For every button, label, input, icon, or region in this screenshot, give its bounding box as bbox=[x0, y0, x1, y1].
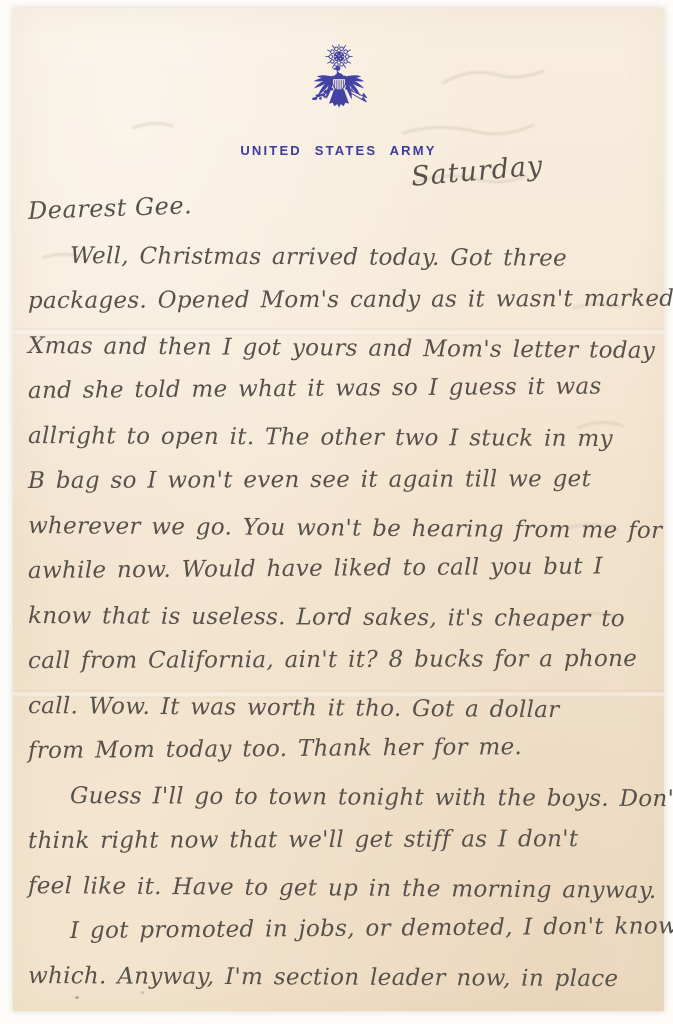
scanned-letter: UNITED STATES ARMY Saturday Dearest Gee.… bbox=[0, 0, 673, 1024]
letter-line: packages. Opened Mom's candy as it wasn'… bbox=[28, 277, 658, 324]
paper-speck bbox=[75, 996, 79, 999]
letter-line: B bag so I won't even see it again till … bbox=[28, 457, 658, 504]
letter-line: Well, Christmas arrived today. Got three bbox=[70, 234, 658, 282]
letter-line: allright to open it. The other two I stu… bbox=[28, 414, 658, 462]
letter-line: I got promoted in jobs, or demoted, I do… bbox=[70, 904, 658, 954]
tail-feathers bbox=[329, 89, 349, 107]
letter-line: from Mom today too. Thank her for me. bbox=[28, 724, 658, 774]
letter-line: call from California, ain't it? 8 bucks … bbox=[28, 637, 658, 684]
paper-speck bbox=[141, 991, 144, 994]
salutation: Dearest Gee. bbox=[27, 166, 658, 234]
letter-line: know that is useless. Lord sakes, it's c… bbox=[28, 594, 658, 642]
letter-page: UNITED STATES ARMY Saturday Dearest Gee.… bbox=[13, 8, 664, 1011]
eagle-beak bbox=[332, 68, 335, 70]
letterhead: UNITED STATES ARMY bbox=[13, 42, 664, 158]
eagle-head bbox=[335, 66, 340, 71]
army-eagle-emblem-icon bbox=[289, 42, 389, 134]
letter-line: which. Anyway, I'm section leader now, i… bbox=[28, 954, 658, 1002]
letter-line: think right now that we'll get stiff as … bbox=[28, 817, 658, 864]
letter-line: Guess I'll go to town tonight with the b… bbox=[70, 774, 658, 822]
letter-line: and she told me what it was so I guess i… bbox=[28, 364, 658, 414]
org-name: UNITED STATES ARMY bbox=[13, 143, 664, 158]
letter-line: awhile now. Would have liked to call you… bbox=[28, 544, 658, 594]
letter-body: Dearest Gee. Well, Christmas arrived tod… bbox=[28, 188, 658, 999]
